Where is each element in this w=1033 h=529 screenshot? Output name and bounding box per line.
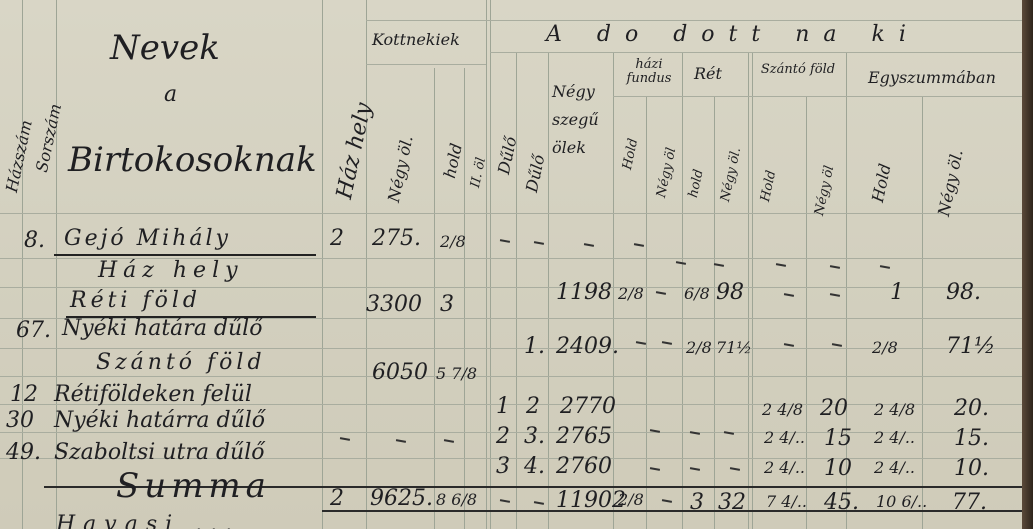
rule (366, 20, 1022, 21)
ledger-page: Házszám Sorszám Nevek a Birtokosoknak Há… (0, 0, 1022, 529)
rule (366, 0, 367, 529)
rule (0, 213, 1022, 214)
rule (464, 68, 465, 529)
cell-sum-hold: 1 (890, 280, 904, 305)
empty-dash (340, 437, 350, 440)
rule (486, 0, 487, 529)
header-sum-hold: Hold (868, 162, 895, 204)
empty-dash (444, 439, 454, 442)
summa-ret-hold: 3 (690, 490, 704, 515)
cell-hold: 2/8 (440, 232, 466, 251)
empty-dash (534, 241, 544, 244)
header-negy-ol: Négy öl. (384, 134, 417, 204)
cell-dulo-2: 4. (524, 454, 545, 479)
summa-haz-hely: 2 (330, 486, 344, 511)
cell-olek: 2770 (560, 394, 616, 419)
header-birtokosoknak: Birtokosoknak (68, 140, 317, 180)
empty-dash (500, 499, 510, 502)
cell-szanto-hold: 2 4/8 (762, 400, 803, 419)
cell-hold: 5 7/8 (436, 364, 477, 383)
empty-dash (676, 261, 686, 264)
header-ret: Rét (694, 64, 722, 83)
row-number: 12 (10, 382, 38, 407)
cell-dulo-2: 3. (524, 424, 545, 449)
row-name: Ház hely (98, 258, 244, 283)
header-dulo-2: Dűlő (522, 153, 548, 194)
summa-ret-ol: 32 (718, 490, 746, 515)
cell-ret-ol: 71½ (716, 338, 752, 357)
cell-sum-ol: 71½ (946, 334, 995, 359)
empty-dash (690, 467, 700, 470)
header-szanto-negy-ol: Négy öl (812, 164, 837, 217)
header-szanto-fold: Szántó föld (758, 62, 838, 78)
rule (613, 96, 1022, 97)
rule (322, 0, 323, 529)
cell-negy-ol: 6050 (372, 360, 428, 385)
empty-dash (730, 467, 740, 470)
empty-dash (784, 293, 794, 296)
cell-sum-hold: 2 4/.. (874, 428, 915, 447)
row-name: Nyéki határra dűlő (54, 408, 265, 433)
empty-dash (784, 343, 794, 346)
cell-haz-hely: 2 (330, 226, 344, 251)
header-adodott: A do dott na ki (546, 22, 920, 47)
row-name: Gejó Mihály (64, 226, 231, 251)
rule (0, 376, 1022, 377)
header-hazi-hold: Hold (620, 137, 641, 171)
cell-hold: 3 (440, 292, 454, 317)
empty-dash (396, 439, 406, 442)
rule (714, 96, 715, 529)
row-number: 8. (24, 228, 45, 253)
header-sum-negy-ol: Négy öl. (934, 148, 967, 218)
empty-dash (880, 265, 890, 268)
header-sorszam: Sorszám (32, 102, 65, 174)
header-ret-negy-ol: Négy öl. (718, 146, 744, 203)
header-ret-hold: hold (686, 168, 707, 199)
row-name: Szaboltsi utra dűlő (54, 440, 264, 465)
empty-dash (832, 343, 842, 346)
row-number: 67. (16, 318, 51, 343)
empty-dash (662, 499, 672, 502)
row-name: Rétiföldeken felül (54, 382, 252, 407)
empty-dash (830, 265, 840, 268)
summa-hold: 8 6/8 (436, 490, 477, 509)
cell-sum-hold: 2 4/.. (874, 458, 915, 477)
cell-hazi-hold: 2/8 (618, 284, 644, 303)
row-name: Nyéki határa dűlő (62, 316, 262, 341)
empty-dash (584, 243, 594, 246)
summa-szanto-hold: 7 4/.. (766, 492, 807, 511)
summa-olek: 11902 (556, 488, 626, 513)
rule (490, 52, 1022, 53)
cell-sum-ol: 20. (954, 396, 989, 421)
empty-dash (662, 341, 672, 344)
cell-szanto-hold: 2 4/.. (764, 428, 805, 447)
header-negy-szegu-olek: Négy szegű ölek (552, 78, 612, 162)
cell-szanto-ol: 10 (824, 456, 852, 481)
empty-dash (830, 293, 840, 296)
summa-hazi-hold: 2/8 (618, 490, 644, 509)
empty-dash (650, 467, 660, 470)
empty-dash (724, 431, 734, 434)
row-name: Réti föld (70, 288, 201, 313)
rule (0, 348, 1022, 349)
rule (646, 96, 647, 529)
empty-dash (776, 263, 786, 266)
header-szanto-hold: Hold (758, 169, 779, 203)
cell-szanto-ol: 15 (824, 426, 852, 451)
cell-dulo-1: 3 (496, 454, 510, 479)
cell-negy-ol: 3300 (366, 292, 422, 317)
summa-sum-hold: 10 6/.. (876, 492, 927, 511)
cell-szanto-ol: 20 (820, 396, 848, 421)
rule (366, 64, 486, 65)
cell-olek: 2409. (556, 334, 619, 359)
next-row-partial: Havasi ... (56, 512, 240, 529)
cell-olek: 2765 (556, 424, 612, 449)
rule (922, 96, 923, 529)
cell-sum-ol: 15. (954, 426, 989, 451)
summa-label: Summa (116, 466, 271, 506)
cell-negy-ol: 275. (372, 226, 421, 251)
empty-dash (656, 291, 666, 294)
name-underline (54, 254, 316, 256)
summa-sum-ol: 77. (952, 490, 987, 515)
summa-szanto-ol: 45. (824, 490, 859, 515)
header-nevek: Nevek (110, 28, 220, 68)
cell-sum-hold: 2/8 (872, 338, 898, 357)
header-egyszummaban: Egyszummában (868, 68, 996, 87)
binding-edge (1022, 0, 1033, 529)
cell-szanto-hold: 2 4/.. (764, 458, 805, 477)
header-a: a (164, 82, 177, 107)
cell-dulo-2: 2 (526, 394, 540, 419)
empty-dash (636, 341, 646, 344)
rule (434, 68, 435, 529)
empty-dash (534, 501, 544, 504)
header-hazi-negy-ol: Négy öl (654, 146, 679, 199)
cell-sum-ol: 10. (954, 456, 989, 481)
header-hold: hold (440, 141, 466, 179)
cell-olek: 2760 (556, 454, 612, 479)
empty-dash (500, 239, 510, 242)
header-hazi-fundus: házi fundus (618, 58, 680, 86)
cell-ret-ol: 98 (716, 280, 744, 305)
empty-dash (634, 243, 644, 246)
cell-olek: 1198 (556, 280, 612, 305)
cell-sum-hold: 2 4/8 (874, 400, 915, 419)
cell-ret-hold: 6/8 (684, 284, 710, 303)
empty-dash (690, 431, 700, 434)
header-haz-hely: Ház hely (332, 101, 377, 202)
empty-dash (714, 263, 724, 266)
header-hazszam: Házszám (2, 118, 36, 194)
rule (806, 96, 807, 529)
cell-ret-hold: 2/8 (686, 338, 712, 357)
summa-negy-ol: 9625. (370, 486, 433, 511)
row-number: 49. (6, 440, 41, 465)
header-kottnekiek: Kottnekiek (372, 30, 460, 49)
cell-dulo-2: 1. (524, 334, 545, 359)
cell-dulo-1: 2 (496, 424, 510, 449)
rule (490, 0, 491, 529)
cell-dulo-1: 1 (496, 394, 510, 419)
row-number: 30 (6, 408, 34, 433)
row-name: Szántó föld (96, 350, 266, 375)
cell-sum-ol: 98. (946, 280, 981, 305)
